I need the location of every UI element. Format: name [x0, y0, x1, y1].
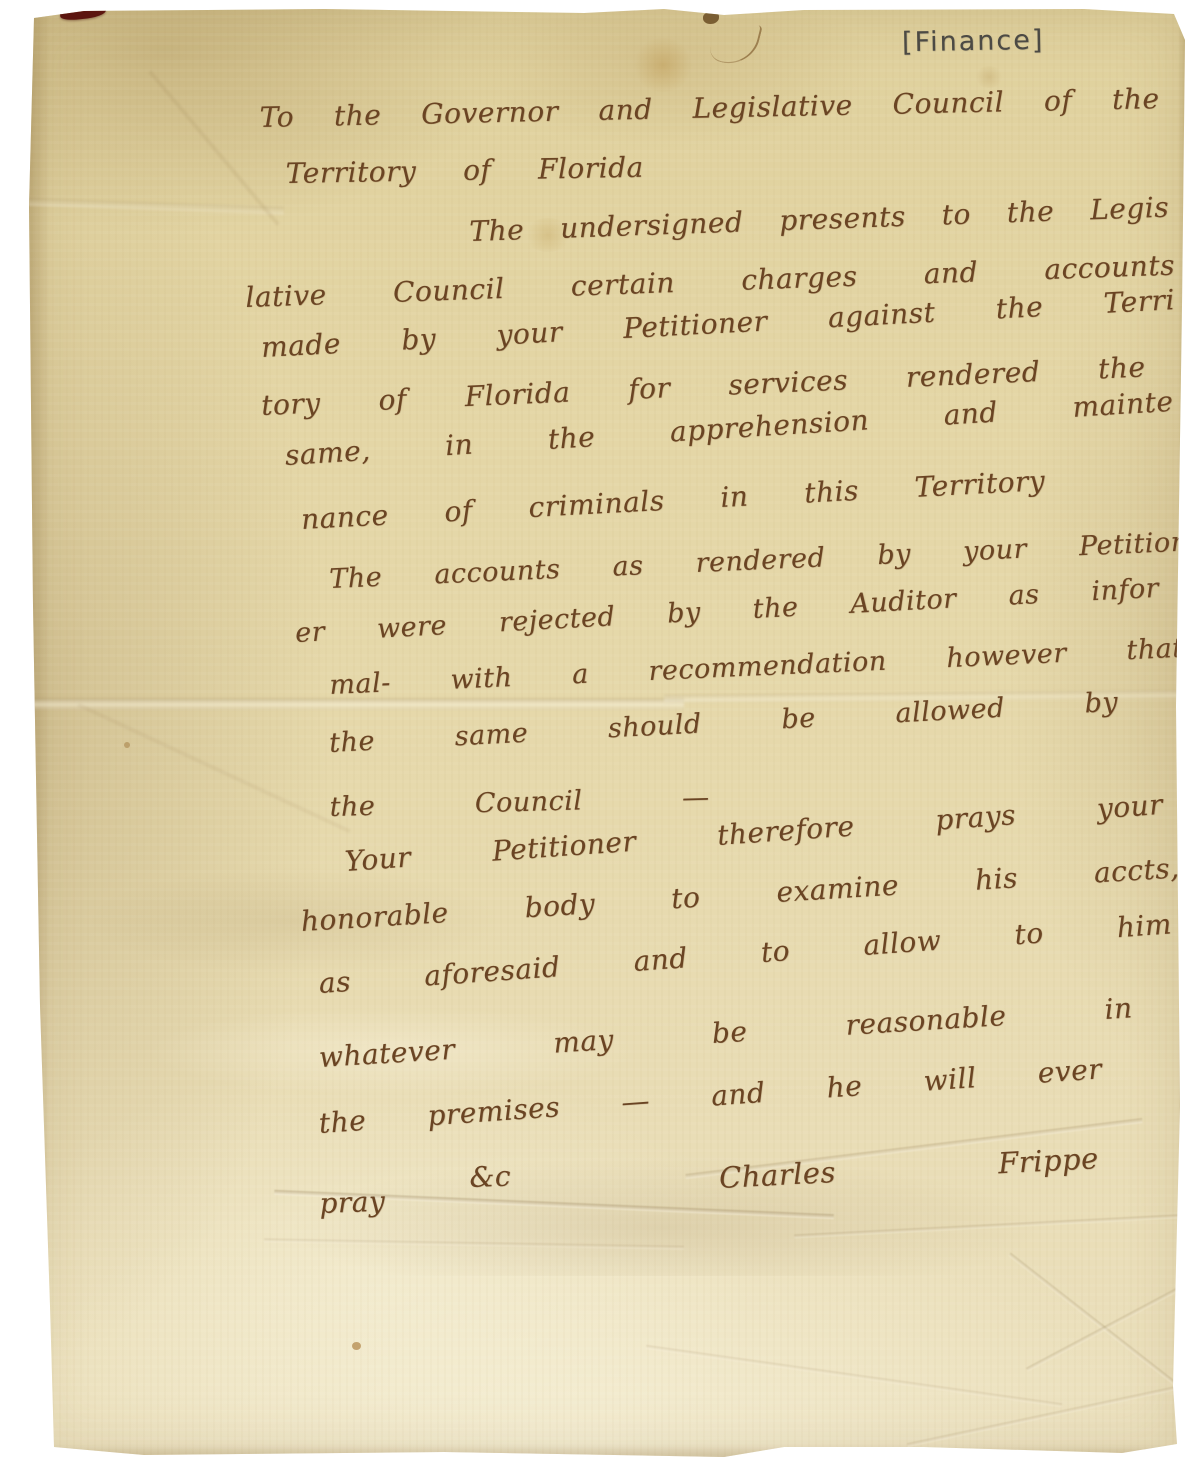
round-stain — [632, 38, 694, 92]
salutation-line-2: Territory of Florida — [285, 152, 644, 190]
corner-crease — [1008, 1253, 1200, 1404]
paper-bottom-edge-shading — [24, 1444, 1188, 1458]
wrinkle-crease — [794, 1214, 1194, 1239]
document-scan: [Finance] To the Governor and Legislativ… — [0, 0, 1200, 1471]
salutation-line-1: To the Governor and Legislative Council … — [259, 83, 1159, 134]
corner-crease — [907, 1381, 1200, 1447]
paper-sheet: [Finance] To the Governor and Legislativ… — [24, 6, 1188, 1458]
letter-line: the Council — — [329, 782, 710, 823]
corner-crease — [646, 1345, 1062, 1407]
closing-etcetera: &c — [469, 1161, 512, 1195]
diagonal-crease — [148, 70, 280, 226]
paper-freckle — [124, 742, 130, 748]
archival-annotation: [Finance] — [902, 25, 1045, 58]
letter-line: The undersigned presents to the Legis — [469, 192, 1170, 249]
signature: Charles Frippe — [718, 1142, 1099, 1195]
soft-wrinkle — [77, 703, 351, 833]
corner-crease — [1026, 1265, 1200, 1372]
paper-left-edge-shading — [24, 6, 50, 1458]
ink-squiggle-stain — [707, 15, 763, 70]
paper-right-edge-shading — [1178, 6, 1188, 1458]
closing-pray: pray — [319, 1186, 386, 1220]
red-wax-blot — [60, 4, 107, 21]
paper-freckle — [352, 1342, 361, 1350]
letter-line: the same should be allowed by — [328, 687, 1119, 759]
wrinkle-crease — [264, 1238, 684, 1249]
ink-blot — [703, 12, 719, 24]
letter-line: nance of criminals in this Territory — [300, 465, 1046, 536]
horizontal-fold-crease — [24, 197, 284, 214]
